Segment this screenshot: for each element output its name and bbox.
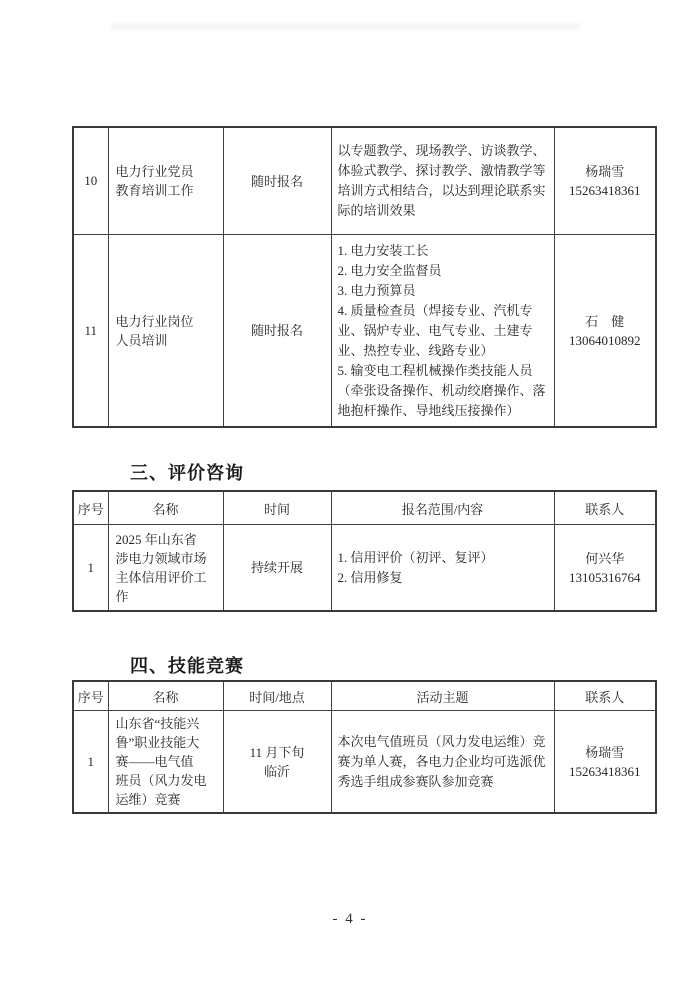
contact-phone: 13105316764	[556, 568, 655, 587]
row-content: 1. 信用评价（初评、复评） 2. 信用修复	[331, 525, 554, 612]
name-line: 教育培训工作	[116, 181, 216, 200]
content-paragraph: 4. 质量检查员（焊接专业、汽机专业、锅炉专业、电气专业、土建专业、热控专业、线…	[338, 301, 548, 361]
evaluation-table: 序号 名称 时间 报名范围/内容 联系人 1 2025 年山东省 涉电力领域市场…	[72, 490, 657, 612]
content-paragraph: 5. 输变电工程机械操作类技能人员（牵张设备操作、机动绞磨操作、落地抱杆操作、导…	[338, 361, 548, 421]
document-page: 10 电力行业党员 教育培训工作 随时报名 以专题教学、现场教学、访谈教学、体验…	[0, 0, 700, 990]
competition-table: 序号 名称 时间/地点 活动主题 联系人 1 山东省“技能兴 鲁”职业技能大 赛…	[72, 680, 657, 814]
name-line: 主体信用评价工	[116, 568, 216, 587]
name-line: 电力行业岗位	[116, 312, 216, 331]
header-time-place: 时间/地点	[223, 681, 331, 711]
contact-phone: 15263418361	[556, 762, 655, 781]
time-line: 11 月下旬	[225, 743, 330, 762]
content-paragraph: 1. 电力安装工长	[338, 241, 548, 261]
row-time-place: 11 月下旬 临沂	[223, 711, 331, 814]
content-paragraph: 1. 信用评价（初评、复评）	[338, 548, 548, 568]
header-contact: 联系人	[554, 491, 656, 525]
content-paragraph: 3. 电力预算员	[338, 281, 548, 301]
content-paragraph: 以专题教学、现场教学、访谈教学、体验式教学、探讨教学、激情教学等培训方式相结合，…	[338, 141, 548, 221]
header-name: 名称	[108, 681, 223, 711]
row-name: 2025 年山东省 涉电力领域市场 主体信用评价工 作	[108, 525, 223, 612]
header-name: 名称	[108, 491, 223, 525]
training-table: 10 电力行业党员 教育培训工作 随时报名 以专题教学、现场教学、访谈教学、体验…	[72, 126, 657, 428]
section-heading-competition: 四、技能竞赛	[130, 652, 244, 678]
contact-name: 杨瑞雪	[556, 743, 655, 762]
header-index: 序号	[73, 681, 108, 711]
scan-artifact	[110, 24, 580, 29]
table-row: 1 山东省“技能兴 鲁”职业技能大 赛——电气值 班员（风力发电 运维）竞赛 1…	[73, 711, 656, 814]
name-line: 赛——电气值	[116, 752, 216, 771]
row-contact: 杨瑞雪 15263418361	[554, 711, 656, 814]
name-line: 电力行业党员	[116, 162, 216, 181]
table-header-row: 序号 名称 时间/地点 活动主题 联系人	[73, 681, 656, 711]
row-contact: 石 健 13064010892	[554, 235, 656, 428]
row-index: 11	[73, 235, 108, 428]
row-name: 山东省“技能兴 鲁”职业技能大 赛——电气值 班员（风力发电 运维）竞赛	[108, 711, 223, 814]
row-name: 电力行业党员 教育培训工作	[108, 127, 223, 235]
row-theme: 本次电气值班员（风力发电运维）竞赛为单人赛，各电力企业均可选派优秀选手组成参赛队…	[331, 711, 554, 814]
name-line: 班员（风力发电	[116, 771, 216, 790]
contact-name: 杨瑞雪	[556, 162, 655, 181]
contact-name: 何兴华	[556, 549, 655, 568]
name-line: 山东省“技能兴	[116, 714, 216, 733]
table-header-row: 序号 名称 时间 报名范围/内容 联系人	[73, 491, 656, 525]
time-line: 临沂	[225, 762, 330, 781]
header-index: 序号	[73, 491, 108, 525]
header-theme: 活动主题	[331, 681, 554, 711]
name-line: 涉电力领域市场	[116, 549, 216, 568]
name-line: 2025 年山东省	[116, 530, 216, 549]
section-heading-evaluation: 三、评价咨询	[130, 459, 244, 485]
table-row: 1 2025 年山东省 涉电力领域市场 主体信用评价工 作 持续开展 1. 信用…	[73, 525, 656, 612]
table-row: 11 电力行业岗位 人员培训 随时报名 1. 电力安装工长 2. 电力安全监督员…	[73, 235, 656, 428]
name-line: 人员培训	[116, 331, 216, 350]
row-time: 随时报名	[223, 127, 331, 235]
row-index: 10	[73, 127, 108, 235]
table-row: 10 电力行业党员 教育培训工作 随时报名 以专题教学、现场教学、访谈教学、体验…	[73, 127, 656, 235]
row-contact: 杨瑞雪 15263418361	[554, 127, 656, 235]
row-time: 随时报名	[223, 235, 331, 428]
content-paragraph: 2. 信用修复	[338, 568, 548, 588]
row-contact: 何兴华 13105316764	[554, 525, 656, 612]
page-number: - 4 -	[0, 911, 700, 928]
name-line: 鲁”职业技能大	[116, 733, 216, 752]
row-time: 持续开展	[223, 525, 331, 612]
header-contact: 联系人	[554, 681, 656, 711]
content-paragraph: 2. 电力安全监督员	[338, 261, 548, 281]
name-line: 运维）竞赛	[116, 790, 216, 809]
contact-name: 石 健	[556, 312, 655, 331]
row-content: 1. 电力安装工长 2. 电力安全监督员 3. 电力预算员 4. 质量检查员（焊…	[331, 235, 554, 428]
content-paragraph: 本次电气值班员（风力发电运维）竞赛为单人赛，各电力企业均可选派优秀选手组成参赛队…	[338, 732, 548, 792]
header-scope: 报名范围/内容	[331, 491, 554, 525]
row-content: 以专题教学、现场教学、访谈教学、体验式教学、探讨教学、激情教学等培训方式相结合，…	[331, 127, 554, 235]
row-index: 1	[73, 711, 108, 814]
contact-phone: 13064010892	[556, 331, 655, 350]
name-line: 作	[116, 587, 216, 606]
contact-phone: 15263418361	[556, 181, 655, 200]
row-index: 1	[73, 525, 108, 612]
row-name: 电力行业岗位 人员培训	[108, 235, 223, 428]
header-time: 时间	[223, 491, 331, 525]
